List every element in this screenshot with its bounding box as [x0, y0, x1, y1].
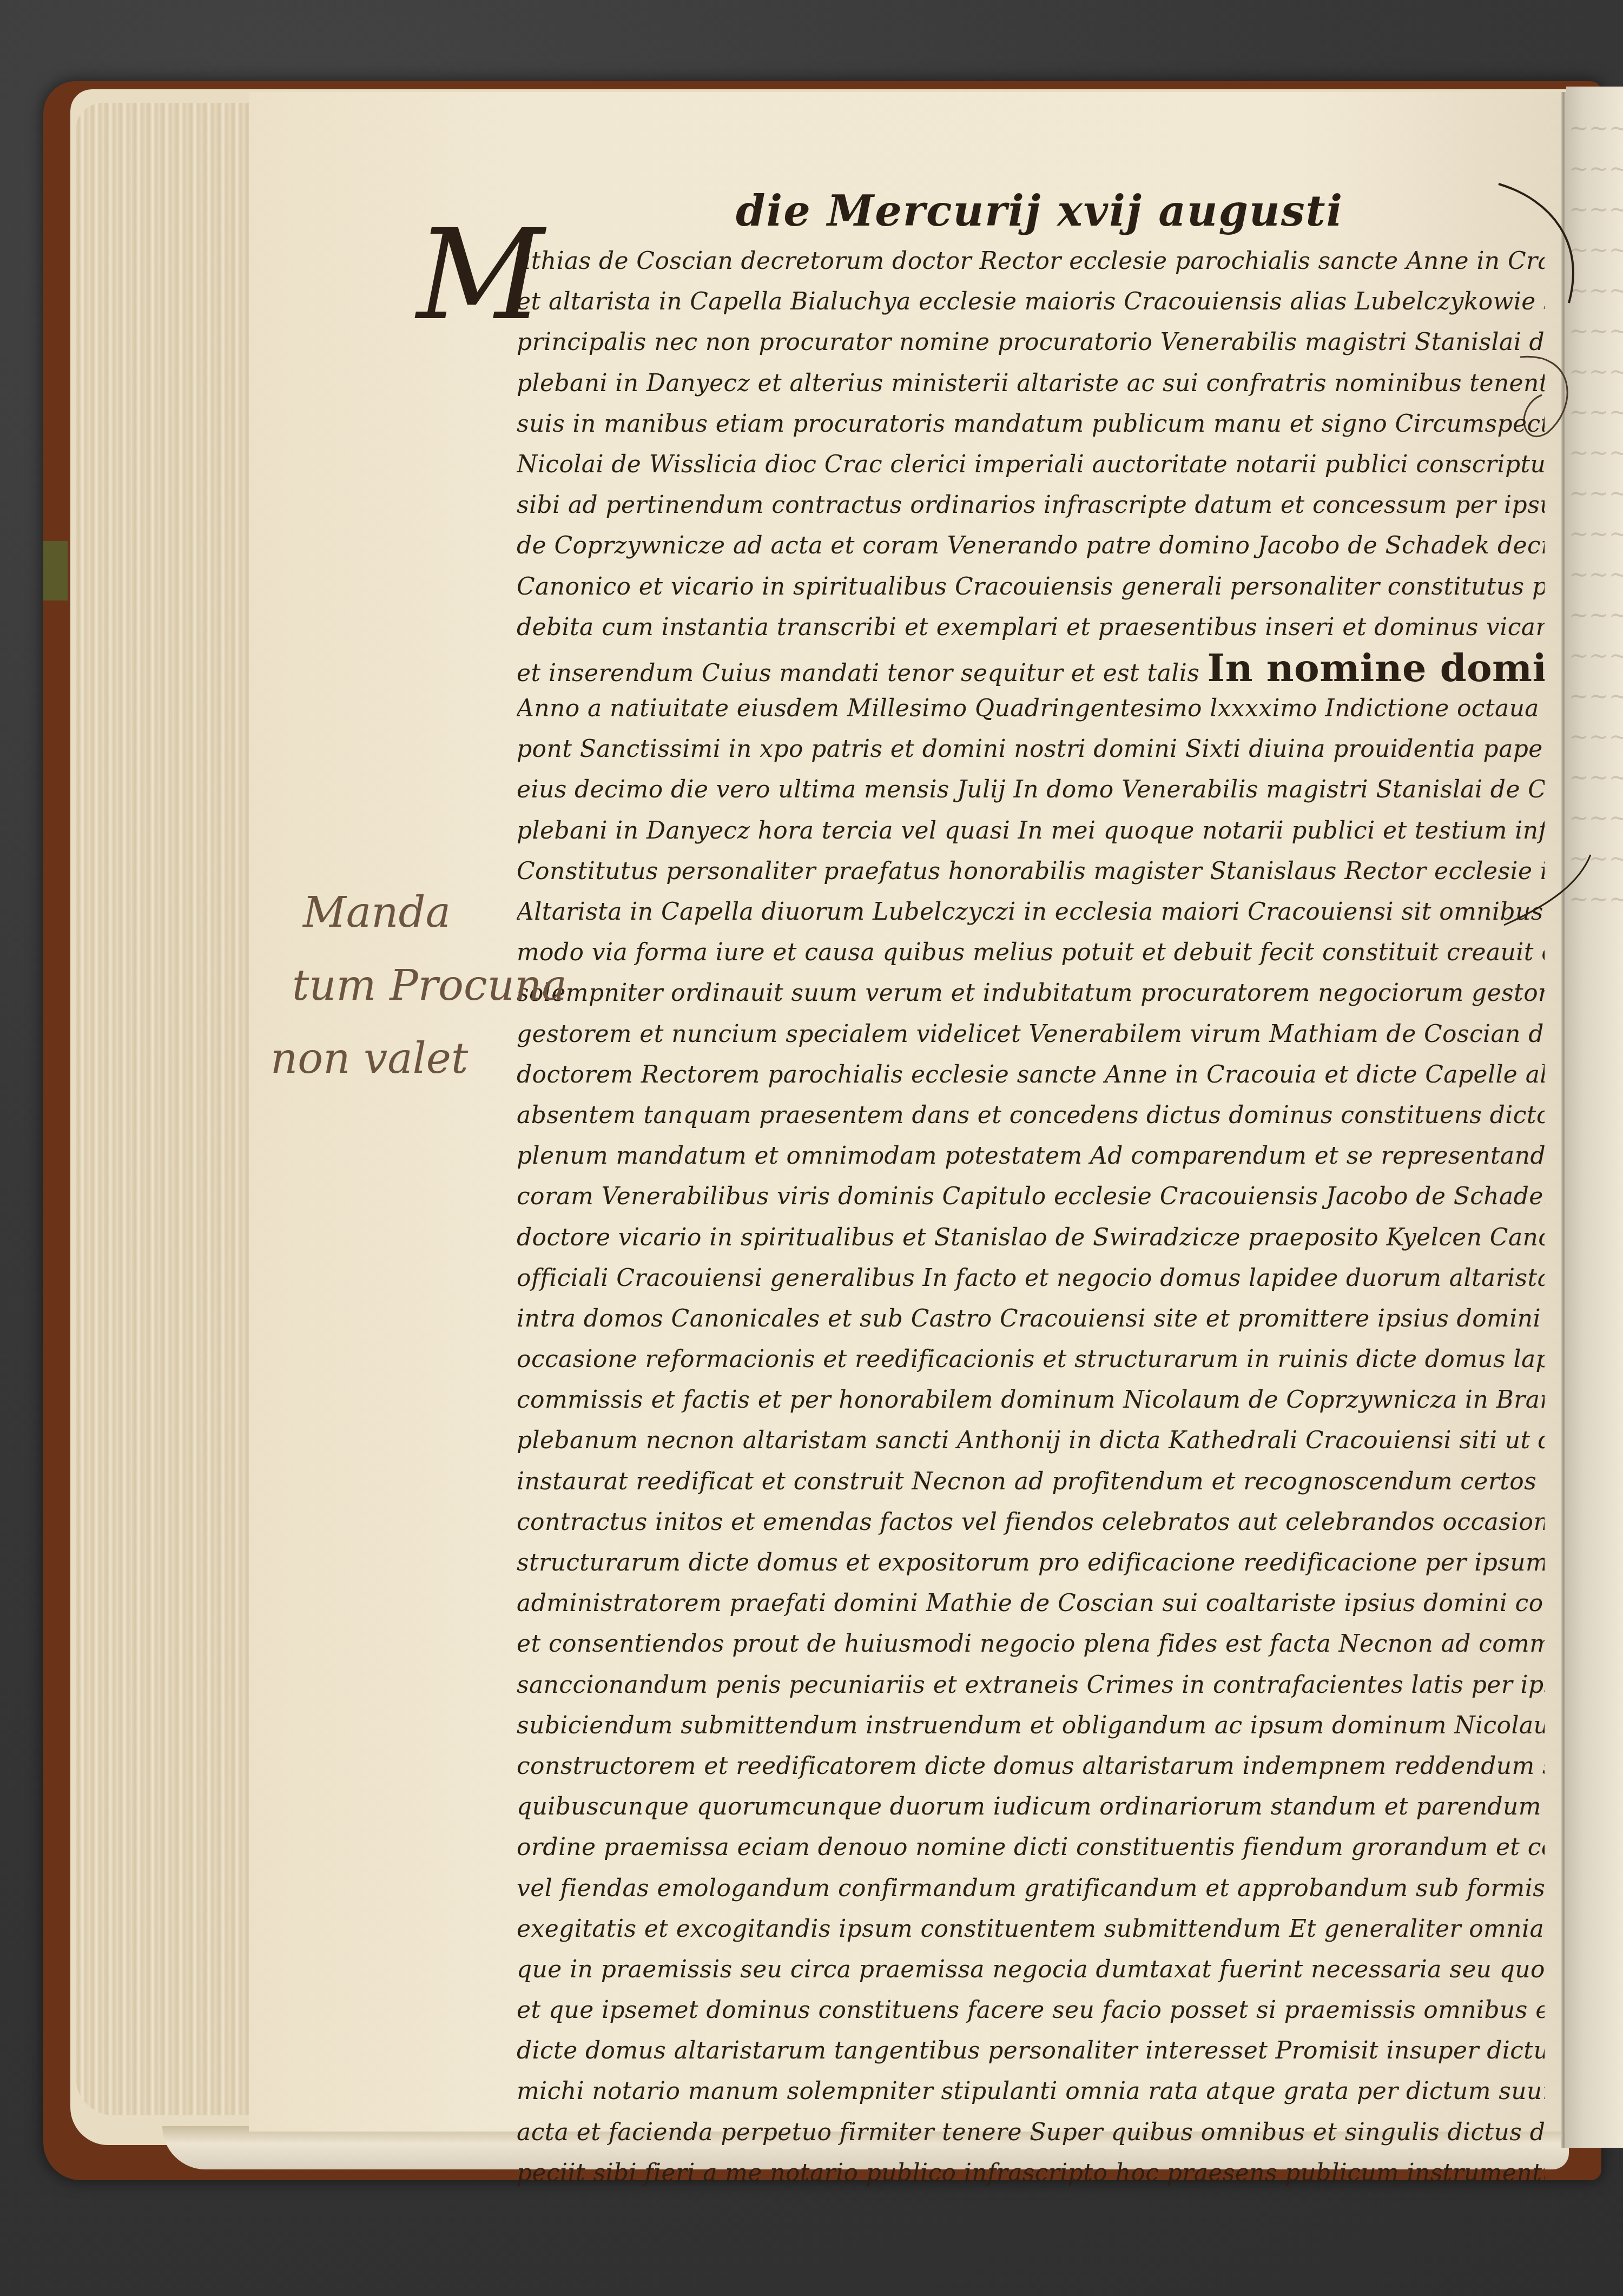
text-line-segment: et inserendum Cuius mandati tenor sequit… [517, 659, 1199, 687]
text-line: plebani in Danyecz et alterius ministeri… [517, 363, 1545, 404]
text-line: subiciendum submittendum instruendum et … [517, 1705, 1545, 1746]
text-line: athias de Coscian decretorum doctor Rect… [517, 241, 1545, 281]
text-line: gestorem et nuncium specialem videlicet … [517, 1014, 1545, 1054]
marginal-note-line: tum Procuna [292, 949, 567, 1022]
binding-strap [43, 541, 68, 601]
text-line: contractus initos et emendas factos vel … [517, 1502, 1545, 1542]
text-line: et consentiendos prout de huiusmodi nego… [517, 1624, 1545, 1664]
text-line: et que ipsemet dominus constituens facer… [517, 1990, 1545, 2030]
text-line: absentem tanquam praesentem dans et conc… [517, 1095, 1545, 1136]
text-line: commissis et factis et per honorabilem d… [517, 1380, 1545, 1420]
manuscript-text: athias de Coscian decretorum doctor Rect… [517, 241, 1545, 2193]
text-line: solempniter ordinauit suum verum et indu… [517, 973, 1545, 1013]
text-line-with-invocation: et inserendum Cuius mandati tenor sequit… [517, 648, 1545, 688]
text-line: michi notario manum solempniter stipulan… [517, 2071, 1545, 2112]
text-line: Constitutus personaliter praefatus honor… [517, 851, 1545, 892]
page-stack-edge [76, 103, 254, 2115]
text-line: plebanum necnon altaristam sancti Anthon… [517, 1420, 1545, 1461]
marginal-note-line: non valet [270, 1022, 567, 1096]
marginal-note: Manda tum Procuna non valet [303, 876, 567, 1096]
text-line: sibi ad pertinendum contractus ordinario… [517, 485, 1545, 525]
text-line: de Coprzywnicze ad acta et coram Veneran… [517, 525, 1545, 566]
text-line: sanccionandum penis pecuniariis et extra… [517, 1665, 1545, 1705]
text-line: constructorem et reedificatorem dicte do… [517, 1746, 1545, 1786]
text-line: intra domos Canonicales et sub Castro Cr… [517, 1298, 1545, 1339]
text-line: dicte domus altaristarum tangentibus per… [517, 2030, 1545, 2071]
text-line: eius decimo die vero ultima mensis Julij… [517, 769, 1545, 810]
text-line: plenum mandatum et omnimodam potestatem … [517, 1136, 1545, 1176]
text-line: plebani in Danyecz hora tercia vel quasi… [517, 810, 1545, 851]
text-line: debita cum instantia transcribi et exemp… [517, 607, 1545, 648]
text-line: structurarum dicte domus et expositorum … [517, 1542, 1545, 1583]
invocation: In nomine domini amen [1208, 648, 1545, 688]
text-line: et altarista in Capella Bialuchya eccles… [517, 281, 1545, 322]
text-line: que in praemissis seu circa praemissa ne… [517, 1949, 1545, 1990]
text-line: peciit sibi fieri a me notario publico i… [517, 2153, 1545, 2193]
text-line: Altarista in Capella diuorum Lubelczyczi… [517, 892, 1545, 932]
text-line: pont Sanctissimi in xpo patris et domini… [517, 729, 1545, 769]
text-line: administratorem praefati domini Mathie d… [517, 1583, 1545, 1624]
text-line: modo via forma iure et causa quibus meli… [517, 932, 1545, 973]
text-line: Anno a natiuitate eiusdem Millesimo Quad… [517, 688, 1545, 729]
text-line: exegitatis et excogitandis ipsum constit… [517, 1909, 1545, 1949]
text-line: coram Venerabilibus viris dominis Capitu… [517, 1176, 1545, 1217]
entry-heading: die Mercurij xvij augusti [736, 187, 1343, 236]
text-line: Canonico et vicario in spiritualibus Cra… [517, 566, 1545, 607]
text-line: occasione reformacionis et reedificacion… [517, 1339, 1545, 1380]
text-line: suis in manibus etiam procuratoris manda… [517, 404, 1545, 444]
text-line: officiali Cracouiensi generalibus In fac… [517, 1258, 1545, 1298]
text-line: quibuscunque quorumcunque duorum iudicum… [517, 1786, 1545, 1827]
text-line: ordine praemissa eciam denouo nomine dic… [517, 1827, 1545, 1868]
text-line: acta et facienda perpetuo firmiter tener… [517, 2112, 1545, 2153]
text-line: doctorem Rectorem parochialis ecclesie s… [517, 1054, 1545, 1095]
marginal-note-line: Manda [303, 876, 567, 949]
text-line: instaurat reedificat et construit Necnon… [517, 1461, 1545, 1502]
text-line: Nicolai de Wisslicia dioc Crac clerici i… [517, 444, 1545, 485]
text-line: doctore vicario in spiritualibus et Stan… [517, 1217, 1545, 1258]
text-line: principalis nec non procurator nomine pr… [517, 322, 1545, 362]
text-line: vel fiendas emologandum confirmandum gra… [517, 1868, 1545, 1909]
